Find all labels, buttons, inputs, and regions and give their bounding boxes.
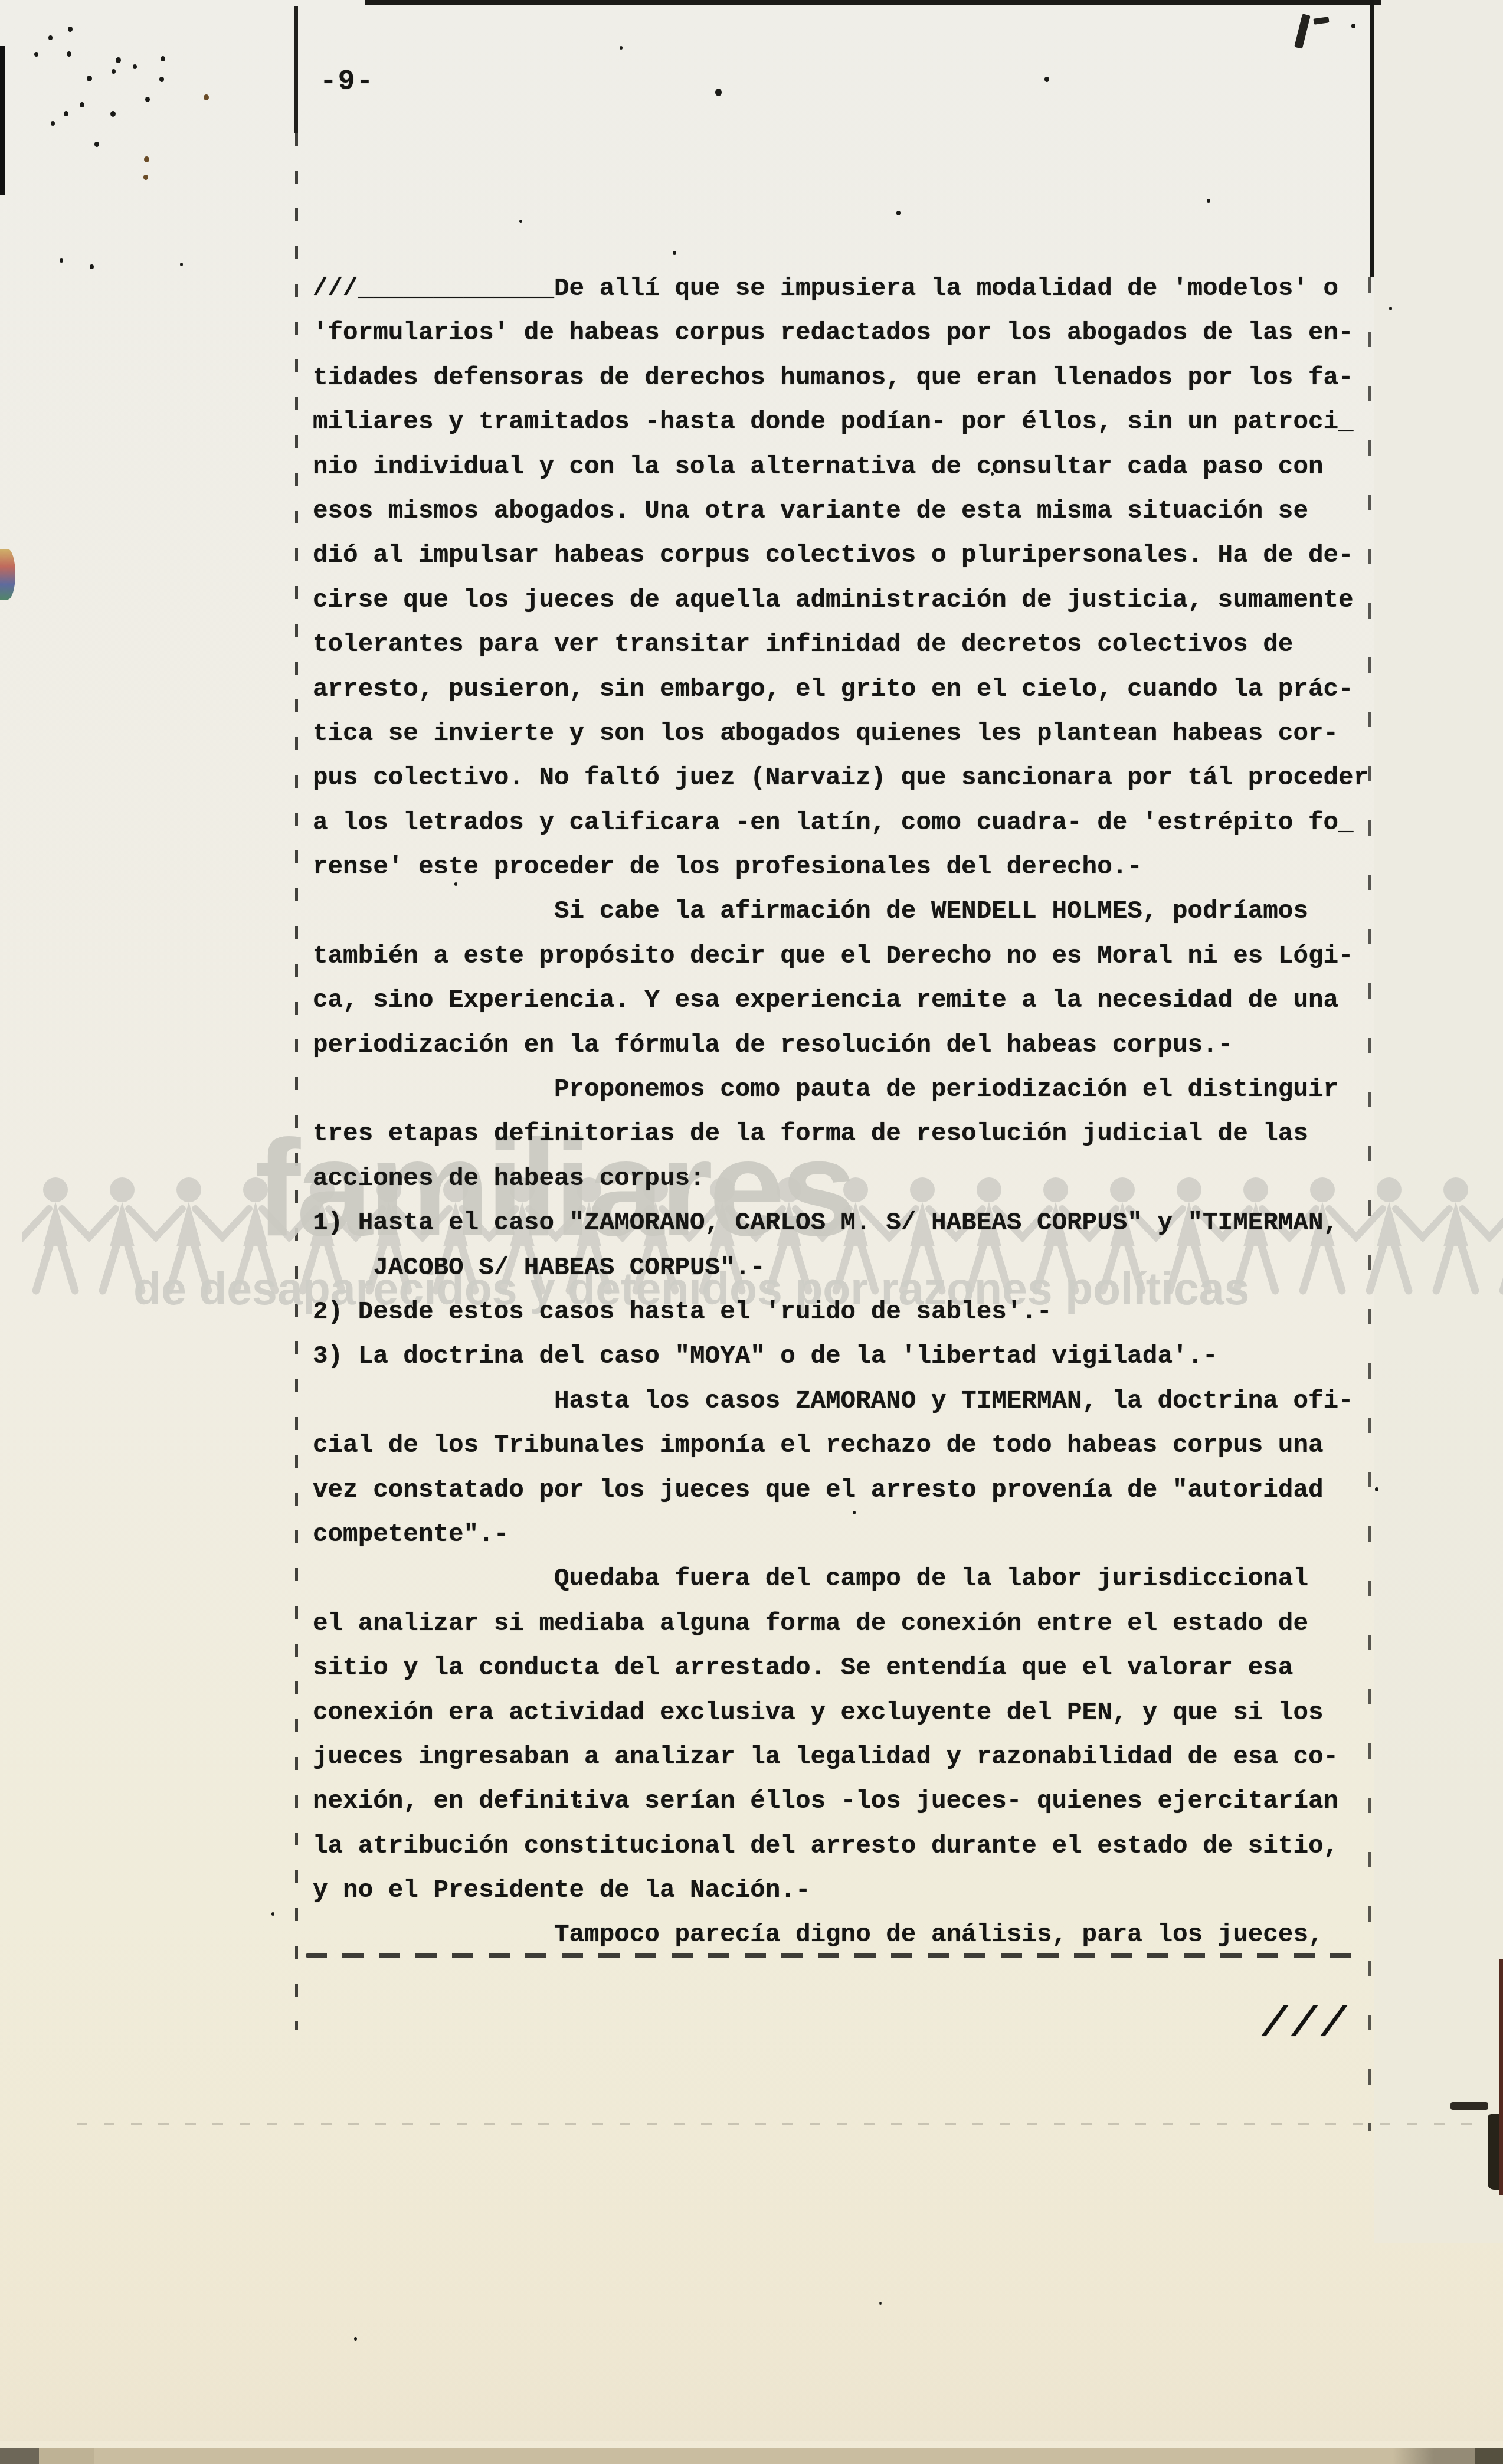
text-line: Proponemos como pauta de periodización e… [313, 1068, 1434, 1112]
ink-speck [94, 142, 99, 147]
scanned-document-page: familiares de desaparecidos y detenidos … [0, 0, 1503, 2464]
ink-speck [180, 263, 183, 266]
right-page-edge-line [1370, 0, 1374, 277]
page-number: -9- [320, 66, 374, 98]
ink-speck [620, 46, 623, 50]
ink-speck [60, 258, 63, 263]
ink-speck [145, 97, 150, 102]
text-line: periodización en la fórmula de resolució… [313, 1023, 1434, 1068]
top-edge-line [365, 0, 1381, 5]
text-line: JACOBO S/ HABEAS CORPUS".- [313, 1246, 1434, 1290]
text-line: 'formularios' de habeas corpus redactado… [313, 311, 1434, 355]
text-line: rense' este proceder de los profesionale… [313, 845, 1434, 889]
text-line: conexión era actividad exclusiva y exclu… [313, 1691, 1434, 1735]
left-margin-line-top [294, 6, 298, 133]
ink-speck [161, 56, 165, 61]
bottom-page-edge [0, 2448, 1503, 2464]
text-line: tolerantes para ver transitar infinidad … [313, 623, 1434, 667]
text-line: dió al impulsar habeas corpus colectivos… [313, 534, 1434, 578]
text-line: Hasta los casos ZAMORANO y TIMERMAN, la … [313, 1379, 1434, 1424]
text-line: Quedaba fuera del campo de la labor juri… [313, 1557, 1434, 1601]
ink-speck [354, 2337, 357, 2341]
text-line: arresto, pusieron, sin embargo, el grito… [313, 667, 1434, 712]
ink-speck [673, 251, 676, 255]
ink-speck [271, 1912, 274, 1916]
ink-speck [90, 264, 94, 269]
text-line: vez constatado por los jueces que el arr… [313, 1468, 1434, 1513]
ink-speck [896, 211, 901, 215]
text-line: a los letrados y calificara -en latín, c… [313, 801, 1434, 845]
ink-speck [68, 27, 73, 32]
left-edge-artifact [0, 46, 5, 195]
ink-speck [1044, 77, 1049, 82]
text-line: Tampoco parecía digno de análisis, para … [313, 1913, 1434, 1957]
right-edge-artifact [1499, 1959, 1503, 2195]
ink-speck [87, 76, 92, 81]
ink-speck [144, 156, 149, 162]
text-line: acciones de habeas corpus: [313, 1157, 1434, 1201]
ink-speck [879, 2302, 882, 2305]
ink-speck [1351, 24, 1355, 28]
text-line: 2) Desde estos casos hasta el 'ruido de … [313, 1290, 1434, 1334]
text-line: ///_____________De allí que se impusiera… [313, 267, 1434, 311]
top-right-corner-mark [1313, 17, 1329, 25]
text-line: tidades defensoras de derechos humanos, … [313, 356, 1434, 400]
text-line: también a este propósito decir que el De… [313, 934, 1434, 979]
continuation-mark: /// [1262, 2002, 1350, 2049]
fold-line [77, 2123, 1499, 2125]
text-line: 3) La doctrina del caso "MOYA" o de la '… [313, 1334, 1434, 1379]
ink-speck [133, 64, 137, 69]
text-line: 1) Hasta el caso "ZAMORANO, CARLOS M. S/… [313, 1201, 1434, 1245]
ink-speck [34, 52, 38, 57]
text-line: sitio y la conducta del arrestado. Se en… [313, 1646, 1434, 1690]
ink-speck [67, 51, 71, 57]
ink-speck [143, 175, 148, 180]
ink-speck [110, 111, 116, 117]
top-right-corner-mark [1294, 14, 1311, 49]
ink-speck [80, 102, 84, 107]
ink-speck [1207, 199, 1210, 203]
text-line: nexión, en definitiva serían éllos -los … [313, 1779, 1434, 1824]
text-line: esos mismos abogados. Una otra variante … [313, 489, 1434, 534]
text-line: ca, sino Experiencia. Y esa experiencia … [313, 979, 1434, 1023]
typewritten-text: ///_____________De allí que se impusiera… [313, 267, 1434, 1958]
text-line: cirse que los jueces de aquella administ… [313, 578, 1434, 623]
color-scan-artifact [0, 549, 15, 600]
text-line: tres etapas definitorias de la forma de … [313, 1112, 1434, 1156]
ink-speck [204, 94, 209, 100]
ink-speck [51, 121, 55, 126]
dashed-underline [306, 1953, 1355, 1958]
text-line: competente".- [313, 1513, 1434, 1557]
ink-speck [112, 69, 116, 74]
text-line: tica se invierte y son los abogados quie… [313, 712, 1434, 756]
ink-speck [48, 35, 53, 40]
left-margin-dashed-line [295, 133, 298, 2030]
text-line: jueces ingresaban a analizar la legalida… [313, 1735, 1434, 1779]
ink-speck [159, 77, 164, 82]
text-line: nio individual y con la sola alternativa… [313, 445, 1434, 489]
text-line: la atribución constitucional del arresto… [313, 1824, 1434, 1869]
text-line: pus colectivo. No faltó juez (Narvaiz) q… [313, 756, 1434, 800]
text-line: miliares y tramitados -hasta donde podía… [313, 400, 1434, 444]
ink-speck [116, 57, 121, 63]
ink-speck [715, 89, 722, 96]
bottom-edge-highlight [0, 2441, 1503, 2448]
text-line: cial de los Tribunales imponía el rechaz… [313, 1424, 1434, 1468]
right-edge-artifact [1450, 2102, 1488, 2110]
text-line: y no el Presidente de la Nación.- [313, 1869, 1434, 1913]
text-line: el analizar si mediaba alguna forma de c… [313, 1602, 1434, 1646]
ink-speck [519, 220, 522, 223]
text-line: Si cabe la afirmación de WENDELL HOLMES,… [313, 889, 1434, 934]
ink-speck [64, 111, 68, 116]
